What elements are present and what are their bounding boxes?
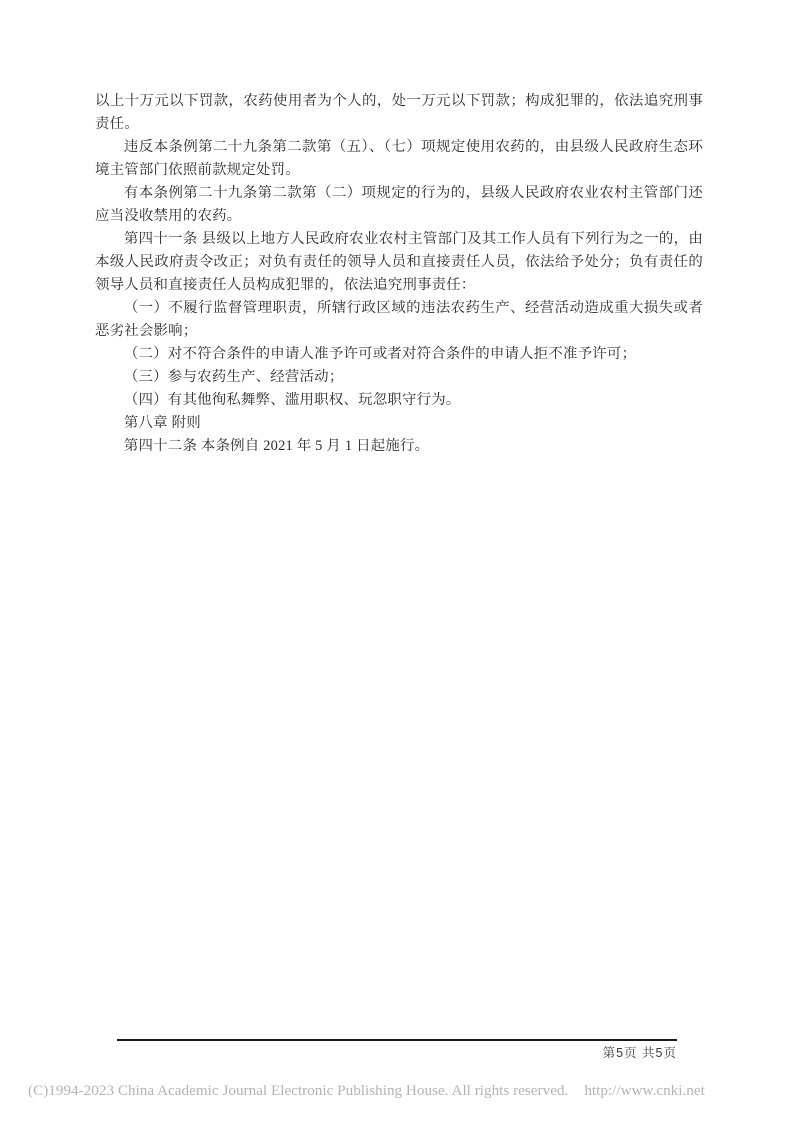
document-page: 以上十万元以下罚款，农药使用者为个人的，处一万元以下罚款；构成犯罪的，依法追究刑… [0, 0, 794, 1123]
copyright-text: (C)1994-2023 China Academic Journal Elec… [28, 1082, 568, 1099]
list-item-4: （四）有其他徇私舞弊、滥用职权、玩忽职守行为。 [95, 389, 703, 412]
paragraph: 违反本条例第二十九条第二款第（五）、（七）项规定使用农药的，由县级人民政府生态环… [95, 136, 703, 182]
footer-divider [117, 1039, 677, 1041]
paragraph-article-42: 第四十二条 本条例自 2021 年 5 月 1 日起施行。 [95, 435, 703, 458]
list-item-1: （一）不履行监督管理职责，所辖行政区域的违法农药生产、经营活动造成重大损失或者恶… [95, 297, 703, 343]
page-number-indicator: 第5页 共5页 [117, 1043, 677, 1061]
paragraph: 有本条例第二十九条第二款第（二）项规定的行为的，县级人民政府农业农村主管部门还应… [95, 182, 703, 228]
paragraph: 以上十万元以下罚款，农药使用者为个人的，处一万元以下罚款；构成犯罪的，依法追究刑… [95, 90, 703, 136]
cnki-copyright-watermark: (C)1994-2023 China Academic Journal Elec… [28, 1082, 705, 1100]
list-item-2: （二）对不符合条件的申请人准予许可或者对符合条件的申请人拒不准予许可； [95, 343, 703, 366]
chapter-heading: 第八章 附则 [95, 412, 703, 435]
document-body: 以上十万元以下罚款，农药使用者为个人的，处一万元以下罚款；构成犯罪的，依法追究刑… [95, 90, 703, 458]
list-item-3: （三）参与农药生产、经营活动； [95, 366, 703, 389]
cnki-url: http://www.cnki.net [584, 1082, 705, 1099]
paragraph-article-41: 第四十一条 县级以上地方人民政府农业农村主管部门及其工作人员有下列行为之一的，由… [95, 228, 703, 297]
